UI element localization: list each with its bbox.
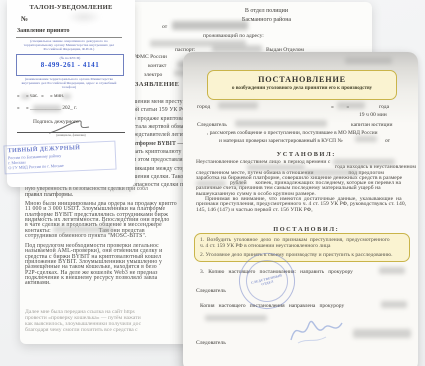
resolution-item2: 2. Уголовное дело принять к своему произ… [200, 252, 404, 258]
resolution-investigator2-label: Следователь [196, 340, 226, 346]
resolution-subtitle: о возбуждении уголовного дела принятии е… [208, 85, 396, 91]
talon-duty-caption: (специальное звание оперативного дежурно… [16, 39, 122, 51]
resolution-copy-line: Копия настоящего постановления направлен… [200, 303, 344, 309]
redaction-blur [218, 102, 258, 109]
round-stamp-bottom-text: ОТДЕЛ [252, 277, 284, 289]
resolution-investigator-label: Следователь [197, 122, 227, 128]
redaction-blur [353, 329, 411, 338]
document-line: 145, 146 (147) и частью первой ст. 156 У… [196, 208, 416, 213]
document-line: шения сделки. Такой [133, 173, 190, 181]
divider [16, 37, 122, 38]
redaction-blur [235, 120, 327, 127]
document-line: шении меня преступл [133, 98, 190, 106]
redaction-blur [233, 181, 245, 186]
resolution-kusp-line: и материал проверки зарегистрированный в… [219, 138, 343, 144]
document-line: редставителей легити [133, 131, 190, 139]
redaction-blur [379, 267, 405, 274]
statement-orders-paragraph: Мною были инициированы два ордера на про… [25, 202, 177, 239]
statement-contact-label: контакт [148, 63, 166, 69]
document-line: никации между сторо [133, 165, 190, 173]
talon-document: ТАЛОН-УВЕДОМЛЕНИЕ № Заявление принято (с… [7, 0, 135, 187]
resolution-title-box: ПОСТАНОВЛЕНИЕ о возбуждении уголовного д… [207, 70, 397, 100]
redaction-blur [212, 45, 262, 52]
resolution-item1-line2: ч. 4 ст. 159 УК РФ в отношении неустанов… [200, 243, 404, 249]
resolution-time: 19 ч 00 мин [359, 112, 387, 118]
redaction-blur [21, 94, 30, 99]
redaction-blur [205, 315, 267, 321]
investigator-signature [286, 310, 346, 350]
statement-email-label: электро [144, 72, 162, 78]
resolution-year-label: года [379, 104, 389, 110]
document-line: стала жертвой обман [133, 123, 190, 131]
document-line: сотрудников обменного пункта "MOSC-BITS"… [25, 234, 177, 239]
document-line: благодаря чему смогли похитить все средс… [25, 327, 141, 333]
statement-residing-label: проживающий по адресу: [203, 33, 264, 39]
talon-org-caption: (наименование территориального органа Ми… [18, 77, 120, 89]
resolution-city-label: город [197, 104, 210, 110]
document-line: атформе BYBIT — эт [133, 140, 190, 148]
document-line: о продаже криптовал [133, 115, 190, 123]
statement-from-label: от [162, 24, 167, 30]
redaction-blur [305, 170, 359, 175]
document-line: и этом предоставля [133, 156, 190, 164]
resolution-ustanovil-heading: У С Т А Н О В И Л : [196, 151, 415, 158]
document-line: активами. [25, 281, 162, 286]
resolution-kusp-from: от [385, 138, 390, 144]
talon-signature-caption: (инициалы, фамилия) [7, 134, 135, 138]
statement-aml-paragraph: Под предлогом необходимости проверки лег… [25, 244, 162, 287]
redaction-blur [381, 301, 407, 308]
resolution-decisions-box: 1. Возбудить уголовное дело по признакам… [194, 233, 410, 262]
talon-phone: 8-499-261 - 4141 [17, 61, 123, 70]
talon-number-label: № [21, 16, 28, 24]
resolution-investigator1-label: Следователь [196, 288, 226, 294]
redaction-blur [53, 227, 113, 232]
resolution-title: ПОСТАНОВЛЕНИЕ [208, 74, 396, 85]
talon-kusp-box: (№ по КУСП) 8-499-261 - 4141 [16, 54, 124, 76]
statement-upper-fragments: шении меня преступлой статьи 159 УК РФо … [133, 98, 190, 190]
statement-title: ЗАЯВЛЕНИЕ [135, 81, 179, 88]
scan-smudge [67, 10, 101, 24]
round-stamp-top-text: СЛЕДСТВЕННЫЙ [251, 273, 283, 285]
document-line: ой статьи 159 УК РФ [133, 106, 190, 114]
resolution-rank: капитан юстиции [351, 122, 393, 128]
redaction-blur [333, 159, 395, 165]
statement-dept-line1: В отдел полиции [214, 8, 319, 15]
scanned-documents-canvas: В отдел полиции Басманного района от про… [0, 0, 425, 366]
document-line: вать криптовалюту [133, 148, 190, 156]
resolution-document: ПОСТАНОВЛЕНИЕ о возбуждении уголовного д… [183, 52, 418, 366]
resolution-body: Неустановленное следствием лицо в период… [196, 160, 416, 213]
resolution-reviewed-line: , рассмотрев сообщение о преступлении, п… [207, 130, 378, 136]
redaction-blur [196, 181, 226, 186]
statement-link-paragraph: Далее мне была передана ссылка на сайт h… [25, 309, 141, 333]
statement-ufms-label: УФМС России [132, 54, 167, 60]
talon-title: ТАЛОН-УВЕДОМЛЕНИЕ [7, 4, 135, 11]
redaction-blur [345, 57, 392, 64]
redaction-blur [337, 102, 365, 109]
duty-stamp: ТИВНЫЙ ДЕЖУРНЫЙ России по Басманному рай… [3, 141, 116, 174]
redaction-blur [33, 105, 61, 112]
redaction-blur [62, 94, 71, 99]
resolution-postanovil-heading: П О С Т А Н О В И Л : [196, 226, 415, 233]
redaction-blur [172, 21, 248, 30]
redaction-blur [355, 136, 377, 142]
statement-rules-fragment: правил платформы. [25, 192, 73, 198]
talon-accepted-label: Заявление принято [17, 28, 70, 35]
redaction-blur [247, 165, 305, 170]
